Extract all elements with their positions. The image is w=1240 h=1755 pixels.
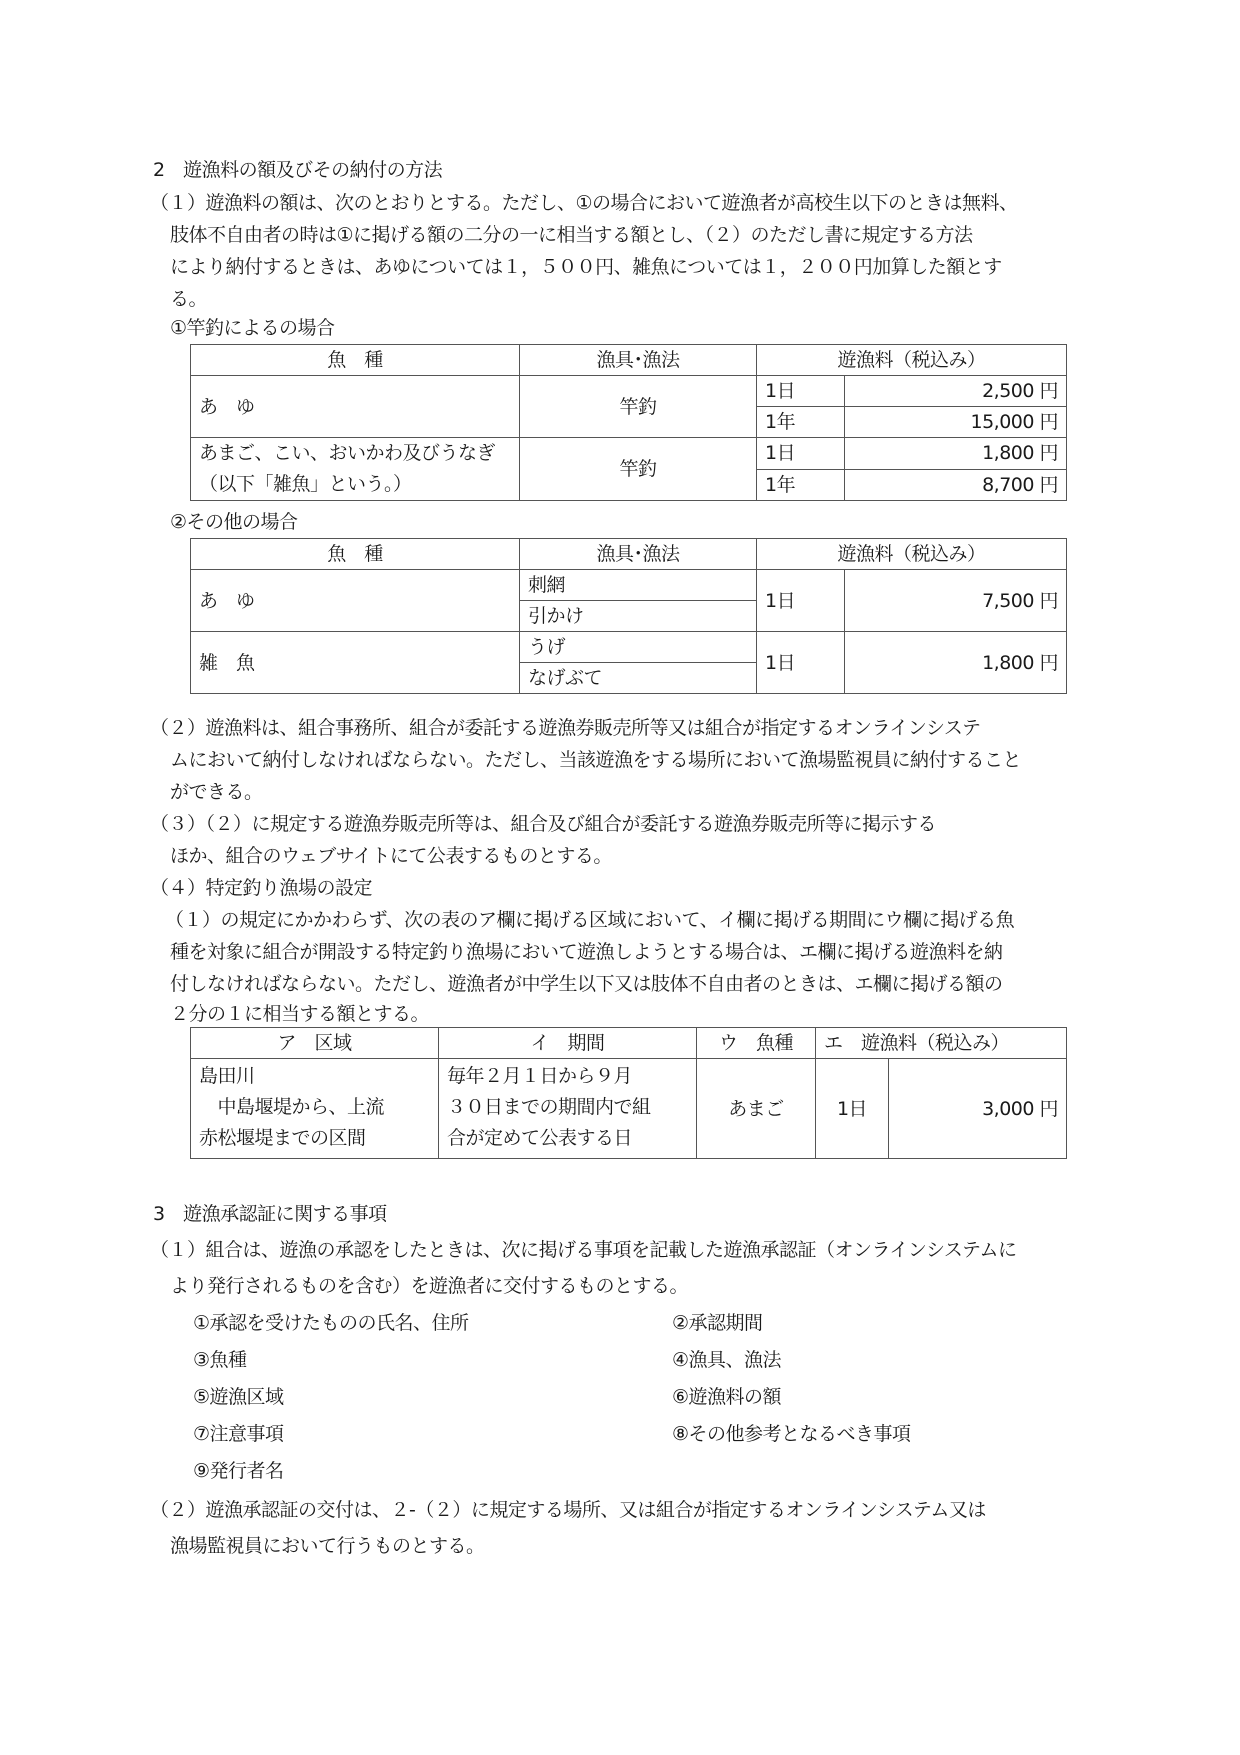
method-cell: 引かけ bbox=[520, 601, 757, 632]
list-item: ④漁具、漁法 bbox=[672, 1344, 781, 1376]
section-2-p4-line3: 付しなければならない。ただし、遊漁者が中学生以下又は肢体不自由者のときは、エ欄に… bbox=[170, 968, 1003, 1000]
table-row: 島田川 中島堰堤から、上流 赤松堰堤までの区間 毎年２月１日から９月 ３０日まで… bbox=[191, 1059, 1067, 1159]
fee-cell: 7,500 円 bbox=[845, 570, 1067, 632]
fee-table-other: 魚 種 漁具･漁法 遊漁料（税込み） あ ゆ 刺網 1日 7,500 円 引かけ… bbox=[190, 538, 1067, 694]
fee-cell: 15,000 円 bbox=[845, 407, 1067, 438]
section-2-p4-line2: 種を対象に組合が開設する特定釣り漁場において遊漁しようとする場合は、エ欄に掲げる… bbox=[170, 936, 1003, 968]
period-line: 合が定めて公表する日 bbox=[447, 1123, 688, 1154]
list-item: ②承認期間 bbox=[672, 1307, 763, 1339]
list-item: ⑧その他参考となるべき事項 bbox=[672, 1418, 911, 1450]
fee-table-rod: 魚 種 漁具･漁法 遊漁料（税込み） あ ゆ 竿釣 1日 2,500 円 1年 … bbox=[190, 344, 1067, 501]
species-cell: あまご bbox=[697, 1059, 816, 1159]
list-item: ⑦注意事項 bbox=[193, 1418, 284, 1450]
section-3-p2-line1: （２）遊漁承認証の交付は、２-（２）に規定する場所、又は組合が指定するオンライン… bbox=[150, 1494, 986, 1526]
table-row: 雑 魚 うげ 1日 1,800 円 bbox=[191, 632, 1067, 663]
header-species: 魚 種 bbox=[191, 539, 520, 570]
section-2-p2-line2: ムにおいて納付しなければならない。ただし、当該遊漁をする場所において漁場監視員に… bbox=[170, 744, 1021, 776]
table-row: あ ゆ 刺網 1日 7,500 円 bbox=[191, 570, 1067, 601]
section-3-p1-line2: より発行されるものを含む）を遊漁者に交付するものとする。 bbox=[170, 1270, 688, 1302]
species-cell: 雑 魚 bbox=[191, 632, 520, 694]
unit-cell: 1日 bbox=[816, 1059, 889, 1159]
header-period: イ 期間 bbox=[439, 1028, 697, 1059]
period-cell: 1年 bbox=[757, 407, 845, 438]
section-2-p4-heading: （４）特定釣り漁場の設定 bbox=[150, 872, 372, 904]
fee-cell: 8,700 円 bbox=[845, 469, 1067, 501]
section-2-p2-line1: （２）遊漁料は、組合事務所、組合が委託する遊漁券販売所等又は組合が指定するオンラ… bbox=[150, 712, 981, 744]
fee-cell: 2,500 円 bbox=[845, 376, 1067, 407]
table-header-row: ア 区域 イ 期間 ウ 魚種 エ 遊漁料（税込み） bbox=[191, 1028, 1067, 1059]
area-line: 赤松堰堤までの区間 bbox=[199, 1123, 430, 1154]
header-species: 魚 種 bbox=[191, 345, 520, 376]
section-3-heading: 3 遊漁承認証に関する事項 bbox=[153, 1198, 387, 1230]
species-cell: あ ゆ bbox=[191, 376, 520, 438]
method-cell: うげ bbox=[520, 632, 757, 663]
section-2-p1-line2: 肢体不自由者の時は①に掲げる額の二分の一に相当する額とし、（２）のただし書に規定… bbox=[170, 219, 973, 251]
period-cell: 1日 bbox=[757, 438, 845, 470]
period-cell: 1日 bbox=[757, 570, 845, 632]
species-line: あまご、こい、おいかわ及びうなぎ bbox=[199, 438, 511, 469]
period-cell: 1年 bbox=[757, 469, 845, 501]
fee-cell: 1,800 円 bbox=[845, 438, 1067, 470]
list-item: ⑤遊漁区域 bbox=[193, 1381, 284, 1413]
species-line: （以下「雑魚」という。） bbox=[199, 469, 511, 500]
section-2-p3-line1: （３）（２）に規定する遊漁券販売所等は、組合及び組合が委託する遊漁券販売所等に掲… bbox=[150, 808, 936, 840]
fee-cell: 1,800 円 bbox=[845, 632, 1067, 694]
header-species: ウ 魚種 bbox=[697, 1028, 816, 1059]
method-cell: 竿釣 bbox=[520, 438, 757, 501]
period-cell: 1日 bbox=[757, 376, 845, 407]
table1-caption: ①竿釣によるの場合 bbox=[170, 312, 335, 344]
species-cell: あまご、こい、おいかわ及びうなぎ （以下「雑魚」という。） bbox=[191, 438, 520, 501]
fee-cell: 3,000 円 bbox=[889, 1059, 1067, 1159]
list-item: ③魚種 bbox=[193, 1344, 247, 1376]
section-2-p4-line4: ２分の１に相当する額とする。 bbox=[170, 998, 429, 1030]
period-cell: 毎年２月１日から９月 ３０日までの期間内で組 合が定めて公表する日 bbox=[439, 1059, 697, 1159]
table-row: あまご、こい、おいかわ及びうなぎ （以下「雑魚」という。） 竿釣 1日 1,80… bbox=[191, 438, 1067, 470]
section-2-p3-line2: ほか、組合のウェブサイトにて公表するものとする。 bbox=[170, 840, 612, 872]
header-method: 漁具･漁法 bbox=[520, 345, 757, 376]
section-2-p1-line3: により納付するときは、あゆについては１，５００円、雑魚については１，２００円加算… bbox=[170, 251, 1002, 283]
method-cell: 竿釣 bbox=[520, 376, 757, 438]
section-2-p1-line4: る。 bbox=[170, 283, 207, 315]
header-area: ア 区域 bbox=[191, 1028, 439, 1059]
section-2-heading: 2 遊漁料の額及びその納付の方法 bbox=[153, 154, 442, 186]
special-fishing-ground-table: ア 区域 イ 期間 ウ 魚種 エ 遊漁料（税込み） 島田川 中島堰堤から、上流 … bbox=[190, 1027, 1067, 1159]
header-fee: エ 遊漁料（税込み） bbox=[816, 1028, 1067, 1059]
table2-caption: ②その他の場合 bbox=[170, 506, 298, 538]
section-3-p1-line1: （１）組合は、遊漁の承認をしたときは、次に掲げる事項を記載した遊漁承認証（オンラ… bbox=[150, 1234, 1017, 1266]
header-fee: 遊漁料（税込み） bbox=[757, 345, 1067, 376]
section-2-p2-line3: ができる。 bbox=[170, 776, 263, 808]
method-cell: なげぶて bbox=[520, 663, 757, 694]
section-3-p2-line2: 漁場監視員において行うものとする。 bbox=[170, 1530, 485, 1562]
header-method: 漁具･漁法 bbox=[520, 539, 757, 570]
period-cell: 1日 bbox=[757, 632, 845, 694]
list-item: ⑨発行者名 bbox=[193, 1455, 284, 1487]
area-cell: 島田川 中島堰堤から、上流 赤松堰堤までの区間 bbox=[191, 1059, 439, 1159]
area-line: 島田川 bbox=[199, 1061, 430, 1092]
period-line: 毎年２月１日から９月 bbox=[447, 1061, 688, 1092]
area-line: 中島堰堤から、上流 bbox=[199, 1092, 430, 1123]
header-fee: 遊漁料（税込み） bbox=[757, 539, 1067, 570]
list-item: ①承認を受けたものの氏名、住所 bbox=[193, 1307, 469, 1339]
table-header-row: 魚 種 漁具･漁法 遊漁料（税込み） bbox=[191, 539, 1067, 570]
section-2-p1-line1: （１）遊漁料の額は、次のとおりとする。ただし、①の場合において遊漁者が高校生以下… bbox=[150, 187, 1018, 219]
section-2-p4-line1: （１）の規定にかかわらず、次の表のア欄に掲げる区域において、イ欄に掲げる期間にウ… bbox=[165, 904, 1014, 936]
table-header-row: 魚 種 漁具･漁法 遊漁料（税込み） bbox=[191, 345, 1067, 376]
method-cell: 刺網 bbox=[520, 570, 757, 601]
species-cell: あ ゆ bbox=[191, 570, 520, 632]
list-item: ⑥遊漁料の額 bbox=[672, 1381, 781, 1413]
table-row: あ ゆ 竿釣 1日 2,500 円 bbox=[191, 376, 1067, 407]
period-line: ３０日までの期間内で組 bbox=[447, 1092, 688, 1123]
